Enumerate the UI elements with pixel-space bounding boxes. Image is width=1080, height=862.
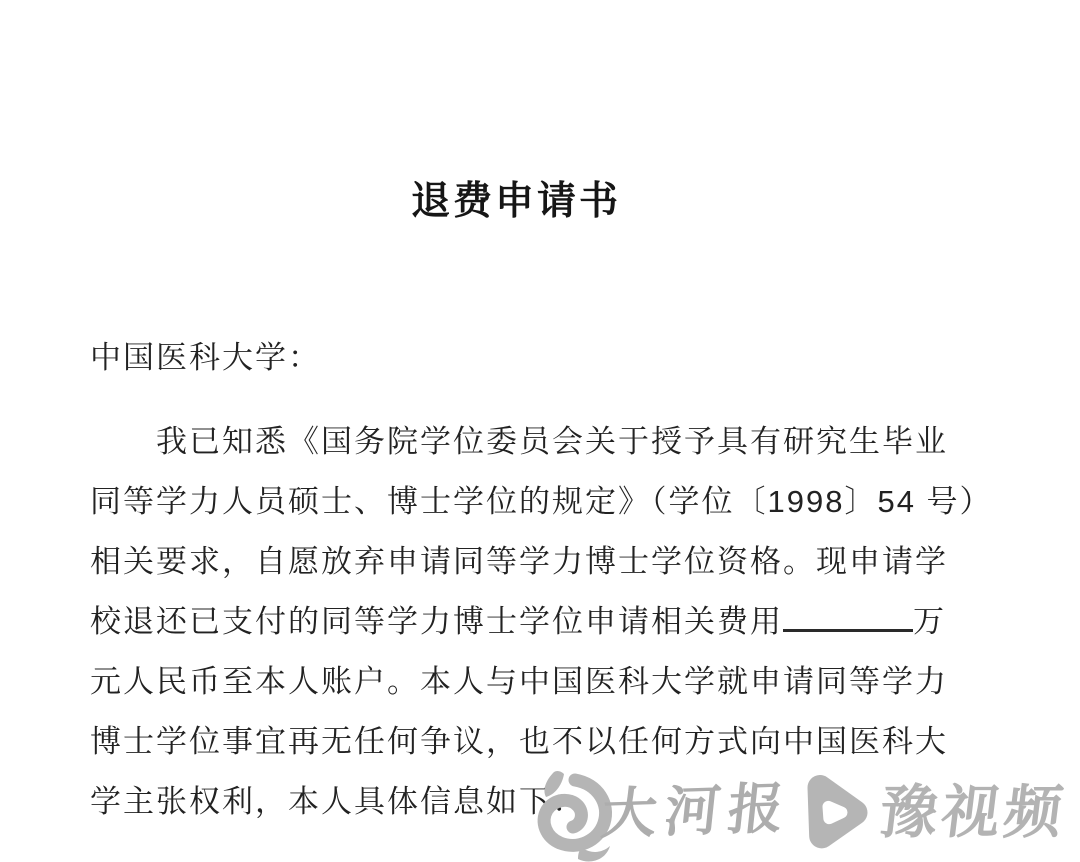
refund-amount-blank	[783, 619, 913, 632]
body-paragraph: 我已知悉《国务院学位委员会关于授予具有研究生毕业 同等学力人员硕士、博士学位的规…	[90, 412, 942, 832]
salutation-line: 中国医科大学：	[90, 338, 321, 378]
body-line-4-after-blank: 万	[913, 604, 946, 639]
document-title: 退费申请书	[90, 170, 942, 226]
body-line-1: 我已知悉《国务院学位委员会关于授予具有研究生毕业	[90, 412, 942, 472]
body-line-6: 博士学位事宜再无任何争议，也不以任何方式向中国医科大	[90, 712, 942, 772]
body-line-7: 学主张权利，本人具体信息如下：	[90, 772, 942, 832]
body-line-3: 相关要求，自愿放弃申请同等学力博士学位资格。现申请学	[90, 532, 942, 592]
body-line-2: 同等学力人员硕士、博士学位的规定》（学位〔1998〕54 号）	[90, 472, 942, 532]
body-line-4-with-blank: 校退还已支付的同等学力博士学位申请相关费用万	[90, 592, 942, 652]
body-line-5: 元人民币至本人账户。本人与中国医科大学就申请同等学力	[90, 652, 942, 712]
document-page: 退费申请书 中国医科大学： 我已知悉《国务院学位委员会关于授予具有研究生毕业 同…	[0, 0, 1080, 862]
body-line-4-before-blank: 校退还已支付的同等学力博士学位申请相关费用	[90, 604, 783, 639]
